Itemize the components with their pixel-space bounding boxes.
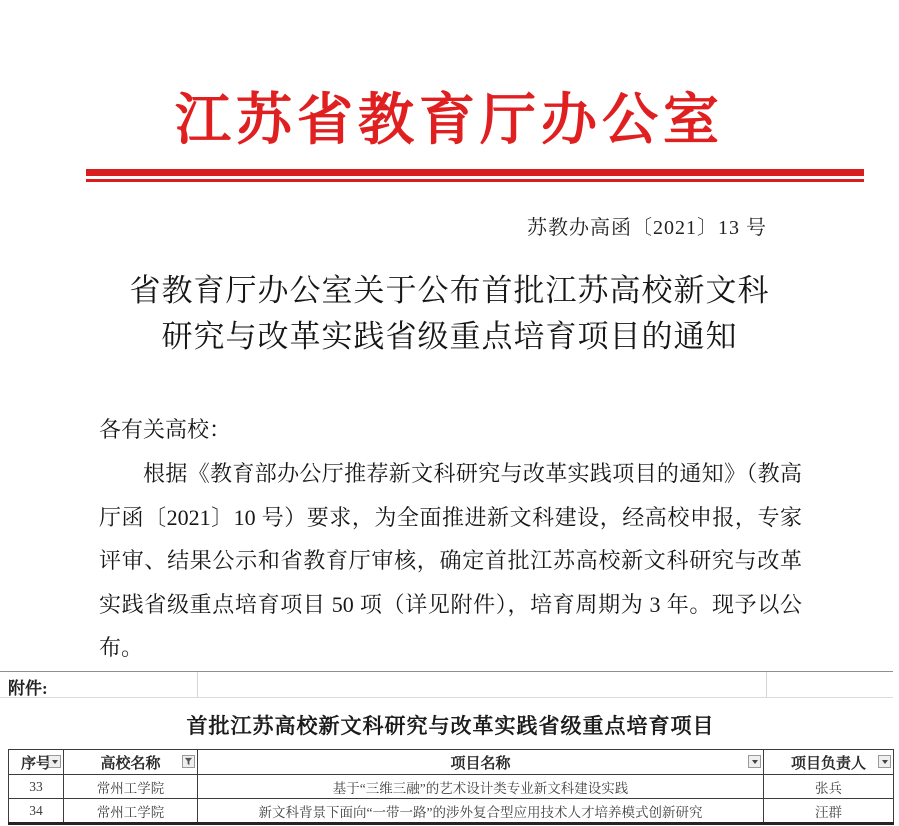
- column-header-university: 高校名称: [64, 750, 198, 775]
- filter-active-button-university[interactable]: [182, 755, 195, 768]
- cell-project: 基于“三维三融”的艺术设计类专业新文科建设实践: [198, 775, 764, 799]
- document-body: 各有关高校： 根据《教育部办公厅推荐新文科研究与改革实践项目的通知》（教高厅函〔…: [99, 408, 802, 670]
- cell-leader: 张兵: [764, 775, 894, 799]
- chevron-down-icon: [882, 760, 888, 764]
- letterhead-divider: [86, 169, 864, 182]
- cell-leader: 汪群: [764, 799, 894, 824]
- cell-project: 新文科背景下面向“一带一路”的涉外复合型应用技术人才培养模式创新研究: [198, 799, 764, 824]
- column-header-leader: 项目负责人: [764, 750, 894, 775]
- cell-no: 34: [9, 799, 64, 824]
- attachment-label: 附件:: [8, 674, 48, 699]
- letterhead-title: 江苏省教育厅办公室: [0, 76, 899, 156]
- table-row: 34 常州工学院 新文科背景下面向“一带一路”的涉外复合型应用技术人才培养模式创…: [9, 799, 894, 824]
- cell-university: 常州工学院: [64, 775, 198, 799]
- body-paragraph: 根据《教育部办公厅推荐新文科研究与改革实践项目的通知》（教高厅函〔2021〕10…: [99, 452, 802, 670]
- filter-dropdown-button-project[interactable]: [748, 755, 761, 768]
- chevron-down-icon: [752, 760, 758, 764]
- column-header-project-label: 项目名称: [450, 756, 510, 772]
- sheet-gridline-vertical-2: [766, 672, 767, 697]
- projects-table: 序号 高校名称 项目名称 项目负责人: [8, 749, 894, 825]
- table-row: 33 常州工学院 基于“三维三融”的艺术设计类专业新文科建设实践 张兵: [9, 775, 894, 799]
- column-header-no-label: 序号: [21, 756, 51, 772]
- column-header-project: 项目名称: [198, 750, 764, 775]
- document-title: 省教育厅办公室关于公布首批江苏高校新文科 研究与改革实践省级重点培育项目的通知: [0, 268, 899, 360]
- divider-thin-bar: [86, 179, 864, 182]
- funnel-filter-icon: [184, 757, 193, 766]
- attachment-row: 附件:: [0, 672, 893, 698]
- cell-no: 33: [9, 775, 64, 799]
- filter-dropdown-button-leader[interactable]: [878, 755, 891, 768]
- cell-university: 常州工学院: [64, 799, 198, 824]
- divider-thick-bar: [86, 169, 864, 176]
- document-title-line2: 研究与改革实践省级重点培育项目的通知: [0, 314, 899, 360]
- column-header-university-label: 高校名称: [100, 756, 160, 772]
- filter-dropdown-button-no[interactable]: [48, 755, 61, 768]
- document-page: 江苏省教育厅办公室 苏教办高函〔2021〕13 号 省教育厅办公室关于公布首批江…: [0, 0, 899, 826]
- column-header-leader-label: 项目负责人: [791, 756, 866, 772]
- chevron-down-icon: [52, 760, 58, 764]
- attachment-table-title: 首批江苏高校新文科研究与改革实践省级重点培育项目: [8, 707, 893, 745]
- column-header-no: 序号: [9, 750, 64, 775]
- document-number: 苏教办高函〔2021〕13 号: [527, 211, 767, 240]
- salutation: 各有关高校：: [99, 408, 802, 451]
- document-title-line1: 省教育厅办公室关于公布首批江苏高校新文科: [0, 268, 899, 314]
- table-header-row: 序号 高校名称 项目名称 项目负责人: [9, 750, 894, 775]
- sheet-gridline-vertical-1: [197, 672, 198, 697]
